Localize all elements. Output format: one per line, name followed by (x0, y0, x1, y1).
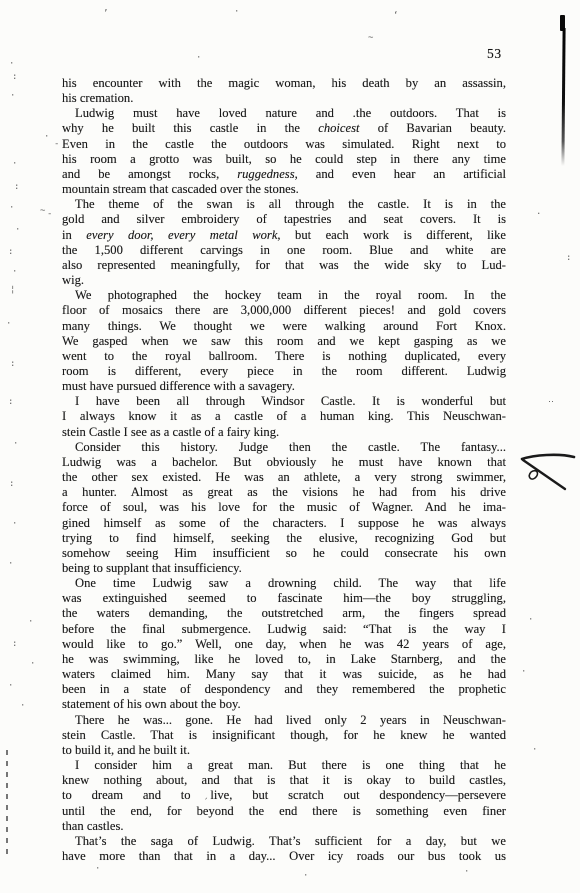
text-line: gold and silver embroidery of tapestries… (62, 212, 506, 227)
text-segment: before the final submergence. Ludwig sai… (62, 622, 506, 636)
text-line: the other sex existed. He was an athlete… (62, 470, 506, 485)
text-segment: he was swimming, like he loved to, in La… (62, 652, 506, 666)
scan-speck: · (303, 872, 308, 881)
text-line: his cremation. (62, 91, 506, 106)
text-segment: why he built this castle in the (62, 121, 318, 135)
scan-speck: · (234, 8, 239, 17)
scan-speck: : (8, 398, 13, 407)
text-line: been in a state of despondency and they … (62, 682, 506, 697)
text-line: Even in the castle the outdoors was simu… (62, 137, 506, 152)
text-line: I consider him a great man. But there is… (62, 758, 506, 773)
scan-speck: : (8, 248, 13, 257)
scan-speck: - (47, 210, 52, 219)
scan-speck: · (30, 660, 35, 669)
scan-speck: ´ (203, 799, 208, 808)
text-segment: , but each work is different, like (277, 228, 506, 242)
text-segment: We gasped when we saw this room and we k… (62, 334, 506, 348)
italic-text: ruggedness (237, 167, 294, 181)
scan-speck: · (12, 268, 17, 277)
text-segment: trying to find himself, seeking the elus… (62, 531, 506, 545)
scan-speck: . (536, 208, 541, 217)
scan-speck: : (14, 183, 19, 192)
scan-speck: · (8, 682, 13, 691)
text-line: trying to find himself, seeking the elus… (62, 531, 506, 546)
text-line: also represented meaningfully, for that … (62, 258, 506, 273)
scan-speck: : (12, 73, 17, 82)
text-line: many things. We thought we were walking … (62, 319, 506, 334)
scan-speck: · (532, 746, 537, 755)
text-line: wig. (62, 273, 506, 288)
text-segment: One time Ludwig saw a drowning child. Th… (75, 576, 506, 590)
text-segment: would like to go.” Well, one day, when h… (62, 637, 506, 651)
text-segment: of Bavarian beauty. (360, 121, 507, 135)
text-segment: the other sex existed. He was an athlete… (62, 470, 506, 484)
text-line: why he built this castle in the choicest… (62, 121, 506, 136)
scan-speck: ’ (103, 10, 108, 19)
text-segment: his cremation. (62, 91, 133, 105)
text-segment: somehow seeing Him insufficient so he co… (62, 546, 506, 560)
text-segment: I always know it as a castle of a human … (62, 409, 506, 423)
text-segment: have more than that in a day... Over icy… (62, 849, 506, 863)
text-segment: in (62, 228, 86, 242)
text-segment: gined himself as some of the characters.… (62, 516, 506, 530)
text-segment: many things. We thought we were walking … (62, 319, 506, 333)
scan-speck: · (196, 54, 201, 63)
scan-speck: · (464, 868, 469, 877)
scan-speck: ¦ (10, 286, 15, 295)
scan-speck: · (8, 560, 13, 569)
text-line: mountain stream that cascaded over the s… (62, 182, 506, 197)
text-line: would like to go.” Well, one day, when h… (62, 637, 506, 652)
text-segment: floor of mosaics there are 3,000,000 dif… (62, 303, 506, 317)
text-line: stein Castle I see as a castle of a fair… (62, 425, 506, 440)
text-segment: to dream and to live, but scratch out de… (62, 788, 506, 802)
text-segment: I consider him a great man. But there is… (75, 758, 506, 772)
text-segment: Ludwig must have loved nature and .the o… (75, 106, 506, 120)
text-segment: statement of his own about the boy. (62, 697, 241, 711)
text-segment: was extinguished seemed to fascinate him… (62, 591, 506, 605)
text-line: I have been all through Windsor Castle. … (62, 394, 506, 409)
text-line: That’s the saga of Ludwig. That’s suffic… (62, 834, 506, 849)
text-segment: waters claimed him. Many say that it was… (62, 667, 506, 681)
text-line: somehow seeing Him insufficient so he co… (62, 546, 506, 561)
handwritten-pen-mark (514, 446, 580, 498)
book-page: 53 his encounter with the magic woman, h… (0, 0, 580, 893)
text-segment: until the end, for beyond the end there … (62, 804, 506, 818)
scan-speck: : (566, 254, 571, 263)
text-line: was extinguished seemed to fascinate him… (62, 591, 506, 606)
text-segment: That’s the saga of Ludwig. That’s suffic… (75, 834, 506, 848)
scan-speck: · (6, 320, 11, 329)
text-segment: been in a state of despondency and they … (62, 682, 506, 696)
text-segment: The theme of the swan is all through the… (75, 197, 506, 211)
text-line: The theme of the swan is all through the… (62, 197, 506, 212)
text-segment: knew nothing about, and that is that it … (62, 773, 506, 787)
scan-speck: ~ (368, 34, 373, 43)
scan-speck: ‥ (548, 396, 554, 405)
text-line: room is different, every piece in the ro… (62, 364, 506, 379)
italic-text: choicest (318, 121, 359, 135)
scan-speck: · (13, 440, 18, 449)
scan-speck: - (54, 140, 59, 149)
scan-speck: · (95, 865, 100, 874)
text-segment: than castles. (62, 819, 124, 833)
text-line: before the final submergence. Ludwig sai… (62, 622, 506, 637)
text-line: must have pursued difference with a sava… (62, 379, 506, 394)
text-line: I always know it as a castle of a human … (62, 409, 506, 424)
scan-speck: : (12, 640, 17, 649)
scan-speck: : (10, 360, 15, 369)
text-line: Ludwig must have loved nature and .the o… (62, 106, 506, 121)
text-line: force of soul, was his love for the musi… (62, 500, 506, 515)
text-segment: wig. (62, 273, 84, 287)
text-line: his room a grotto was built, so he could… (62, 152, 506, 167)
scan-speck: · (15, 226, 20, 235)
text-line: have more than that in a day... Over icy… (62, 849, 506, 864)
text-segment: stein Castle I see as a castle of a fair… (62, 425, 279, 439)
text-line: the 1,500 different carvings in one room… (62, 243, 506, 258)
scan-speck: · (12, 160, 17, 169)
text-segment: Ludwig was a bachelor. But obviously he … (62, 455, 506, 469)
text-segment: went to the royal ballroom. There is not… (62, 349, 506, 363)
scan-speck: · (12, 520, 17, 529)
text-segment: the waters demanding, the outstretched a… (62, 606, 506, 620)
text-segment: his room a grotto was built, so he could… (62, 152, 506, 166)
text-segment: also represented meaningfully, for that … (62, 258, 506, 272)
text-segment: gold and silver embroidery of tapestries… (62, 212, 506, 226)
text-line: gined himself as some of the characters.… (62, 516, 506, 531)
text-line: statement of his own about the boy. (62, 697, 506, 712)
text-line: being to supplant that insufficiency. (62, 561, 506, 576)
text-line: a hunter. Almost as great as the visions… (62, 485, 506, 500)
text-line: One time Ludwig saw a drowning child. Th… (62, 576, 506, 591)
text-segment: and be amongst rocks, (62, 167, 237, 181)
text-segment: mountain stream that cascaded over the s… (62, 182, 299, 196)
text-block: his encounter with the magic woman, his … (62, 76, 506, 864)
text-line: his encounter with the magic woman, his … (62, 76, 506, 91)
text-segment: to build it, and he built it. (62, 743, 190, 757)
text-segment: We photographed the hockey team in the r… (75, 288, 506, 302)
scan-speck: · (528, 616, 533, 625)
scan-speck: · (20, 702, 25, 711)
text-line: stein Castle. That is insignificant thou… (62, 728, 506, 743)
text-line: Consider this history. Judge then the ca… (62, 440, 506, 455)
text-line: went to the royal ballroom. There is not… (62, 349, 506, 364)
scan-speck: : (9, 480, 14, 489)
italic-text: every door, every metal work (86, 228, 277, 242)
scan-speck: ~ (40, 207, 45, 216)
scan-speck: · (9, 204, 14, 213)
text-line: to build it, and he built it. (62, 743, 506, 758)
text-segment: room is different, every piece in the ro… (62, 364, 506, 378)
text-line: the waters demanding, the outstretched a… (62, 606, 506, 621)
scan-speck: · (521, 668, 526, 677)
text-segment: Even in the castle the outdoors was simu… (62, 137, 506, 151)
text-line: waters claimed him. Many say that it was… (62, 667, 506, 682)
text-segment: force of soul, was his love for the musi… (62, 500, 506, 514)
page-number: 53 (487, 46, 502, 62)
binding-edge-line (561, 28, 565, 166)
text-segment: , and even hear an artificial (295, 167, 506, 181)
text-line: floor of mosaics there are 3,000,000 dif… (62, 303, 506, 318)
text-line: he was swimming, like he loved to, in La… (62, 652, 506, 667)
text-segment: the 1,500 different carvings in one room… (62, 243, 506, 257)
text-line: to dream and to live, but scratch out de… (62, 788, 506, 803)
text-segment: stein Castle. That is insignificant thou… (62, 728, 506, 742)
text-line: We gasped when we saw this room and we k… (62, 334, 506, 349)
text-line: There he was... gone. He had lived only … (62, 713, 506, 728)
text-line: until the end, for beyond the end there … (62, 804, 506, 819)
scan-speck: · (44, 133, 49, 142)
scan-speck: · (28, 618, 33, 627)
text-segment: There he was... gone. He had lived only … (75, 713, 506, 727)
text-segment: I have been all through Windsor Castle. … (75, 394, 506, 408)
left-margin-dashed-line (6, 750, 8, 860)
text-segment: a hunter. Almost as great as the visions… (62, 485, 506, 499)
text-line: than castles. (62, 819, 506, 834)
text-line: in every door, every metal work, but eac… (62, 228, 506, 243)
text-line: and be amongst rocks, ruggedness, and ev… (62, 167, 506, 182)
text-segment: must have pursued difference with a sava… (62, 379, 295, 393)
scan-speck: · (10, 92, 15, 101)
scan-speck: ‘ (393, 12, 398, 21)
text-line: knew nothing about, and that is that it … (62, 773, 506, 788)
text-segment: his encounter with the magic woman, his … (62, 76, 506, 90)
text-segment: Consider this history. Judge then the ca… (75, 440, 506, 454)
text-segment: being to supplant that insufficiency. (62, 561, 242, 575)
scan-speck: · (9, 60, 14, 69)
text-line: Ludwig was a bachelor. But obviously he … (62, 455, 506, 470)
text-line: We photographed the hockey team in the r… (62, 288, 506, 303)
